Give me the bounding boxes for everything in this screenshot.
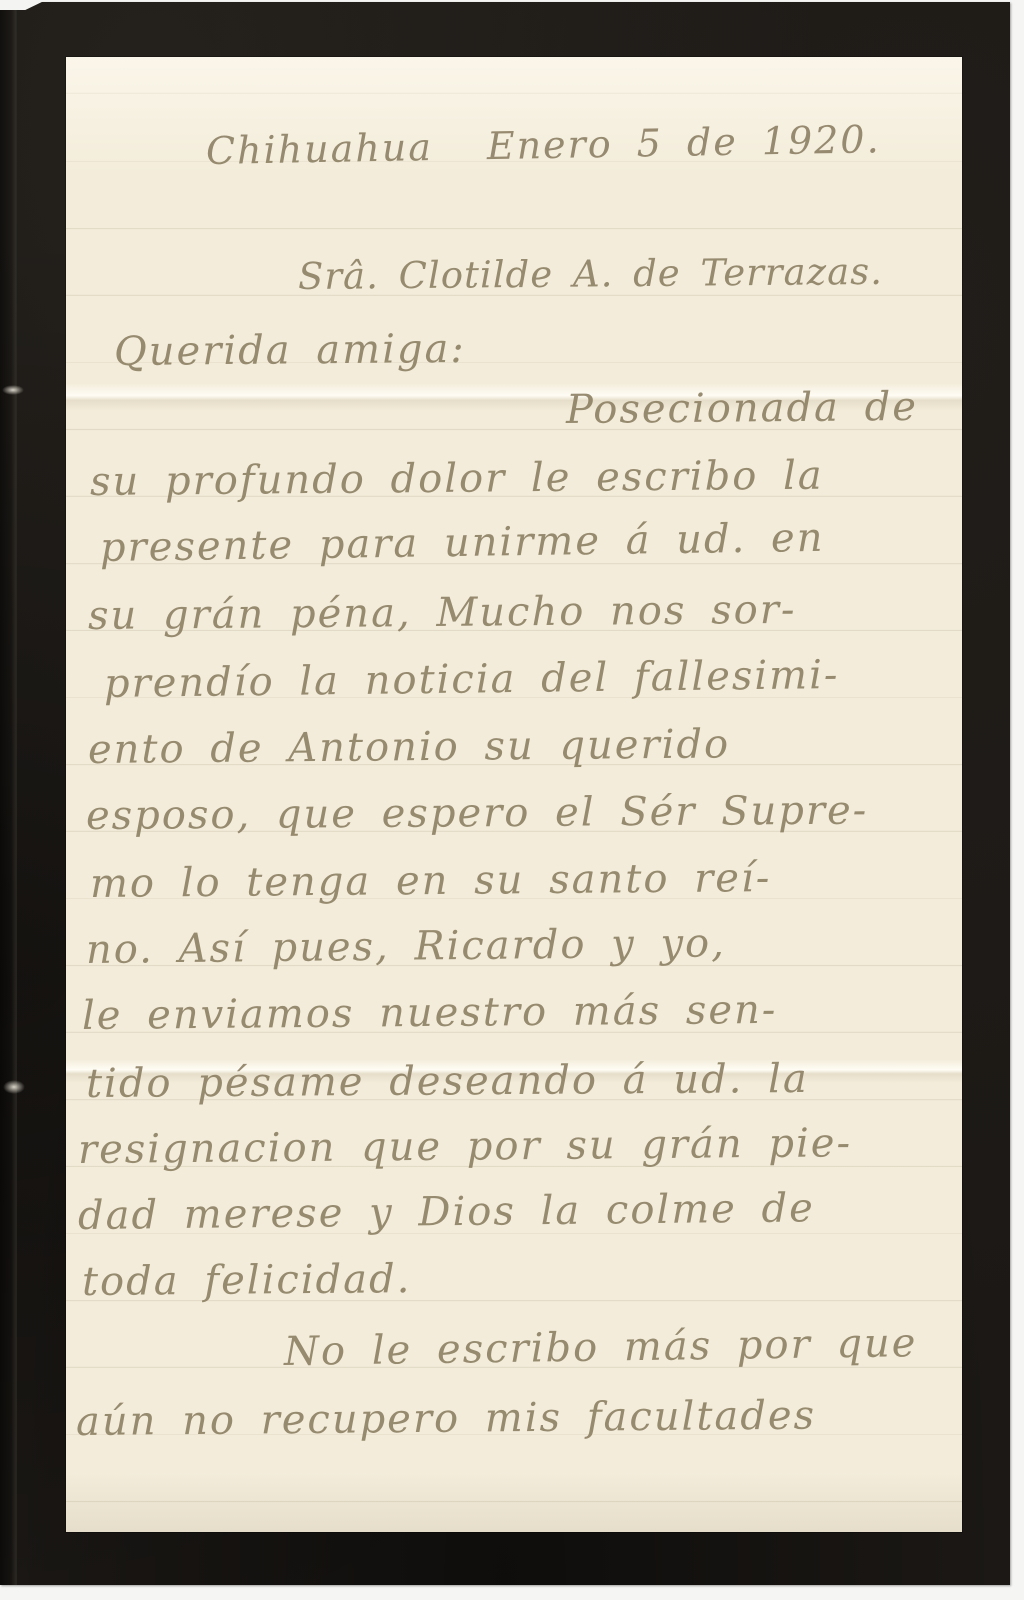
letter-line: presente para unirme á ud. en	[100, 515, 825, 571]
letter-line: ento de Antonio su querido	[88, 721, 730, 773]
salutation-line: Querida amiga:	[114, 326, 466, 375]
letter-line: le enviamos nuestro más sen-	[82, 987, 778, 1039]
letter-line: su grán péna, Mucho nos sor-	[88, 587, 797, 639]
letter-line: No le escribo más por que	[284, 1320, 918, 1375]
letter-line: Posecionada de	[566, 384, 918, 433]
letter-line: prendío la noticia del fallesimi-	[104, 652, 840, 707]
letter-line: tido pésame deseando á ud. la	[86, 1056, 809, 1107]
letter-line: aún no recupero mis facultades	[76, 1393, 816, 1445]
dateline-place: Chihuahua	[206, 125, 434, 173]
letter-line: mo lo tenga en su santo reí-	[90, 855, 772, 907]
letter-line: dad merese y Dios la colme de	[78, 1185, 815, 1239]
card-fold-edge	[0, 2, 17, 1585]
fold-wear-mark	[3, 1080, 25, 1094]
fold-wear-mark	[2, 385, 24, 395]
letter-line: su profundo dolor le escribo la	[90, 453, 824, 505]
letter-line: no. Así pues, Ricardo y yo,	[86, 920, 726, 973]
recipient-line: Srâ. Clotilde A. de Terrazas.	[298, 250, 883, 298]
letter-line: esposo, que espero el Sér Supre-	[86, 788, 869, 839]
mourning-border-card: ChihuahuaEnero 5 de 1920. Srâ. Clotilde …	[0, 2, 1010, 1585]
letter-line: toda felicidad.	[82, 1256, 412, 1305]
scanned-letter-page: ChihuahuaEnero 5 de 1920. Srâ. Clotilde …	[0, 0, 1024, 1600]
letter-paper: ChihuahuaEnero 5 de 1920. Srâ. Clotilde …	[66, 57, 962, 1532]
dateline: ChihuahuaEnero 5 de 1920.	[206, 117, 881, 173]
dateline-date: Enero 5 de 1920.	[486, 117, 880, 168]
letter-line: resignacion que por su grán pie-	[78, 1120, 852, 1173]
